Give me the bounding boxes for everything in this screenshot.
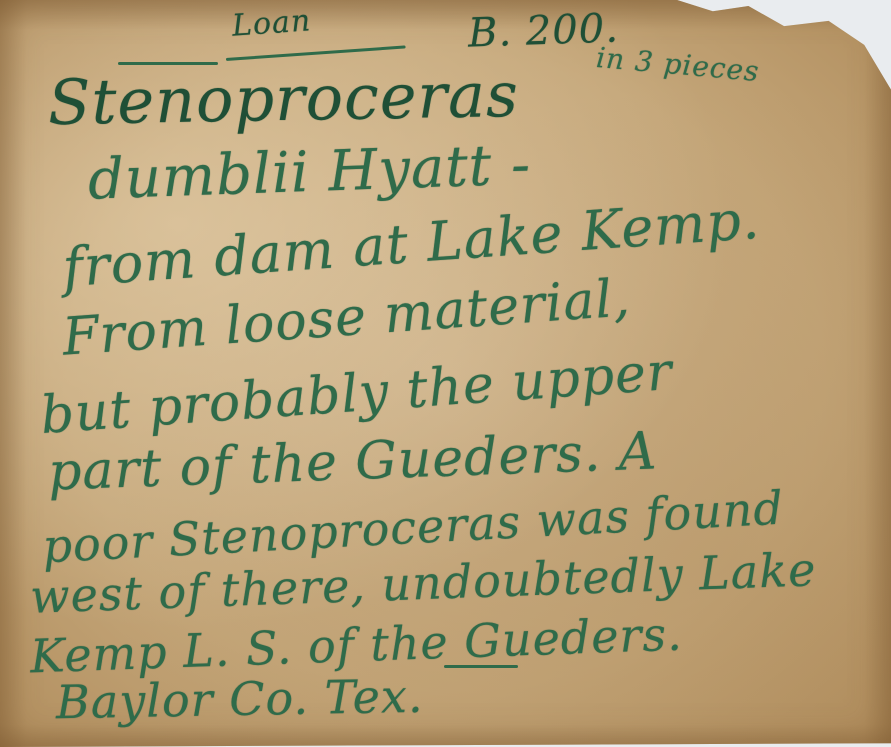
species-author-line: dumblii Hyatt - <box>87 132 532 212</box>
loan-annotation: Loan <box>231 3 312 43</box>
county-line: Baylor Co. Tex. <box>56 669 424 729</box>
the-underline <box>444 665 518 668</box>
loan-underline <box>226 45 406 61</box>
pieces-note: in 3 pieces <box>595 41 761 88</box>
genus-name: Stenoproceras <box>47 58 519 139</box>
specimen-label-card: Loan B. 200. in 3 pieces Stenoproceras d… <box>0 0 891 747</box>
genus-t-bar <box>118 62 218 65</box>
